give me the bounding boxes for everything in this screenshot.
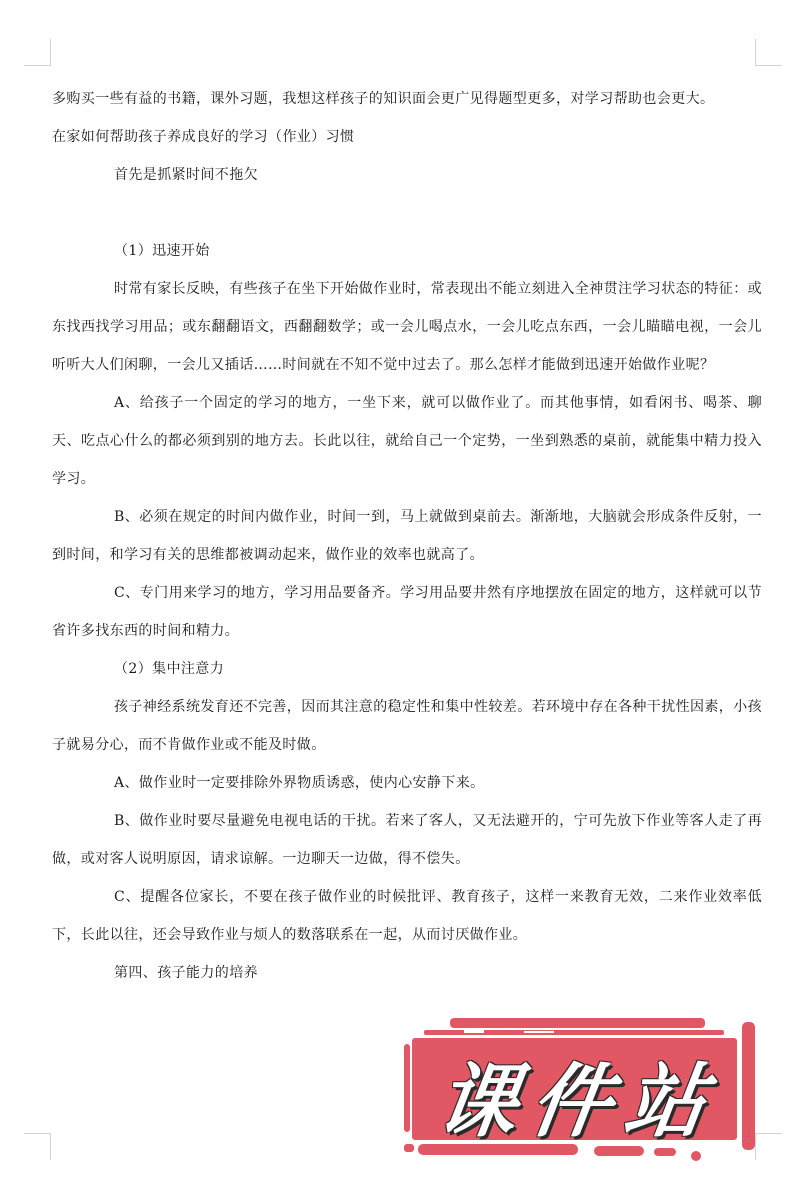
paragraph-point-a-fixed-place: A、给孩子一个固定的学习的地方，一坐下来，就可以做作业了。而其他事情，如看闲书、… <box>52 384 762 498</box>
section-heading-study-habits: 在家如何帮助孩子养成良好的学习（作业）习惯 <box>52 118 762 156</box>
paragraph-point-c-supplies: C、专门用来学习的地方，学习用品要备齐。学习用品要井然有序地摆放在固定的地方，这… <box>52 574 762 650</box>
page-corner-mark-top-left <box>24 39 51 66</box>
watermark-text: 课件站 <box>393 1016 766 1166</box>
subheading-first-no-delay: 首先是抓紧时间不拖欠 <box>52 156 762 194</box>
page-corner-mark-top-right <box>755 39 782 66</box>
subheading-quick-start: （1）迅速开始 <box>52 232 762 270</box>
page-corner-mark-bottom-right <box>755 1133 782 1160</box>
document-page-body: 多购买一些有益的书籍，课外习题，我想这样孩子的知识面会更广见得题型更多，对学习帮… <box>52 80 762 992</box>
paragraph-intro-books: 多购买一些有益的书籍，课外习题，我想这样孩子的知识面会更广见得题型更多，对学习帮… <box>52 80 762 118</box>
watermark-stamp: 课件站 <box>404 1016 756 1166</box>
paragraph-point-b-tv-phone: B、做作业时要尽量避免电视电话的干扰。若来了客人，又无法避开的，宁可先放下作业等… <box>52 802 762 878</box>
paragraph-point-a-temptation: A、做作业时一定要排除外界物质诱惑，使内心安静下来。 <box>52 764 762 802</box>
paragraph-point-c-no-criticism: C、提醒各位家长，不要在孩子做作业的时候批评、教育孩子，这样一来教育无效，二来作… <box>52 878 762 954</box>
paragraph-quick-start-body: 时常有家长反映，有些孩子在坐下开始做作业时，常表现出不能立刻进入全神贯注学习状态… <box>52 270 762 384</box>
paragraph-point-b-fixed-time: B、必须在规定的时间内做作业，时间一到，马上就做到桌前去。渐渐地，大脑就会形成条… <box>52 498 762 574</box>
subheading-concentration: （2）集中注意力 <box>52 650 762 688</box>
paragraph-concentration-body: 孩子神经系统发育还不完善，因而其注意的稳定性和集中性较差。若环境中存在各种干扰性… <box>52 688 762 764</box>
page-corner-mark-bottom-left <box>24 1133 51 1160</box>
section-heading-ability-training: 第四、孩子能力的培养 <box>52 954 762 992</box>
